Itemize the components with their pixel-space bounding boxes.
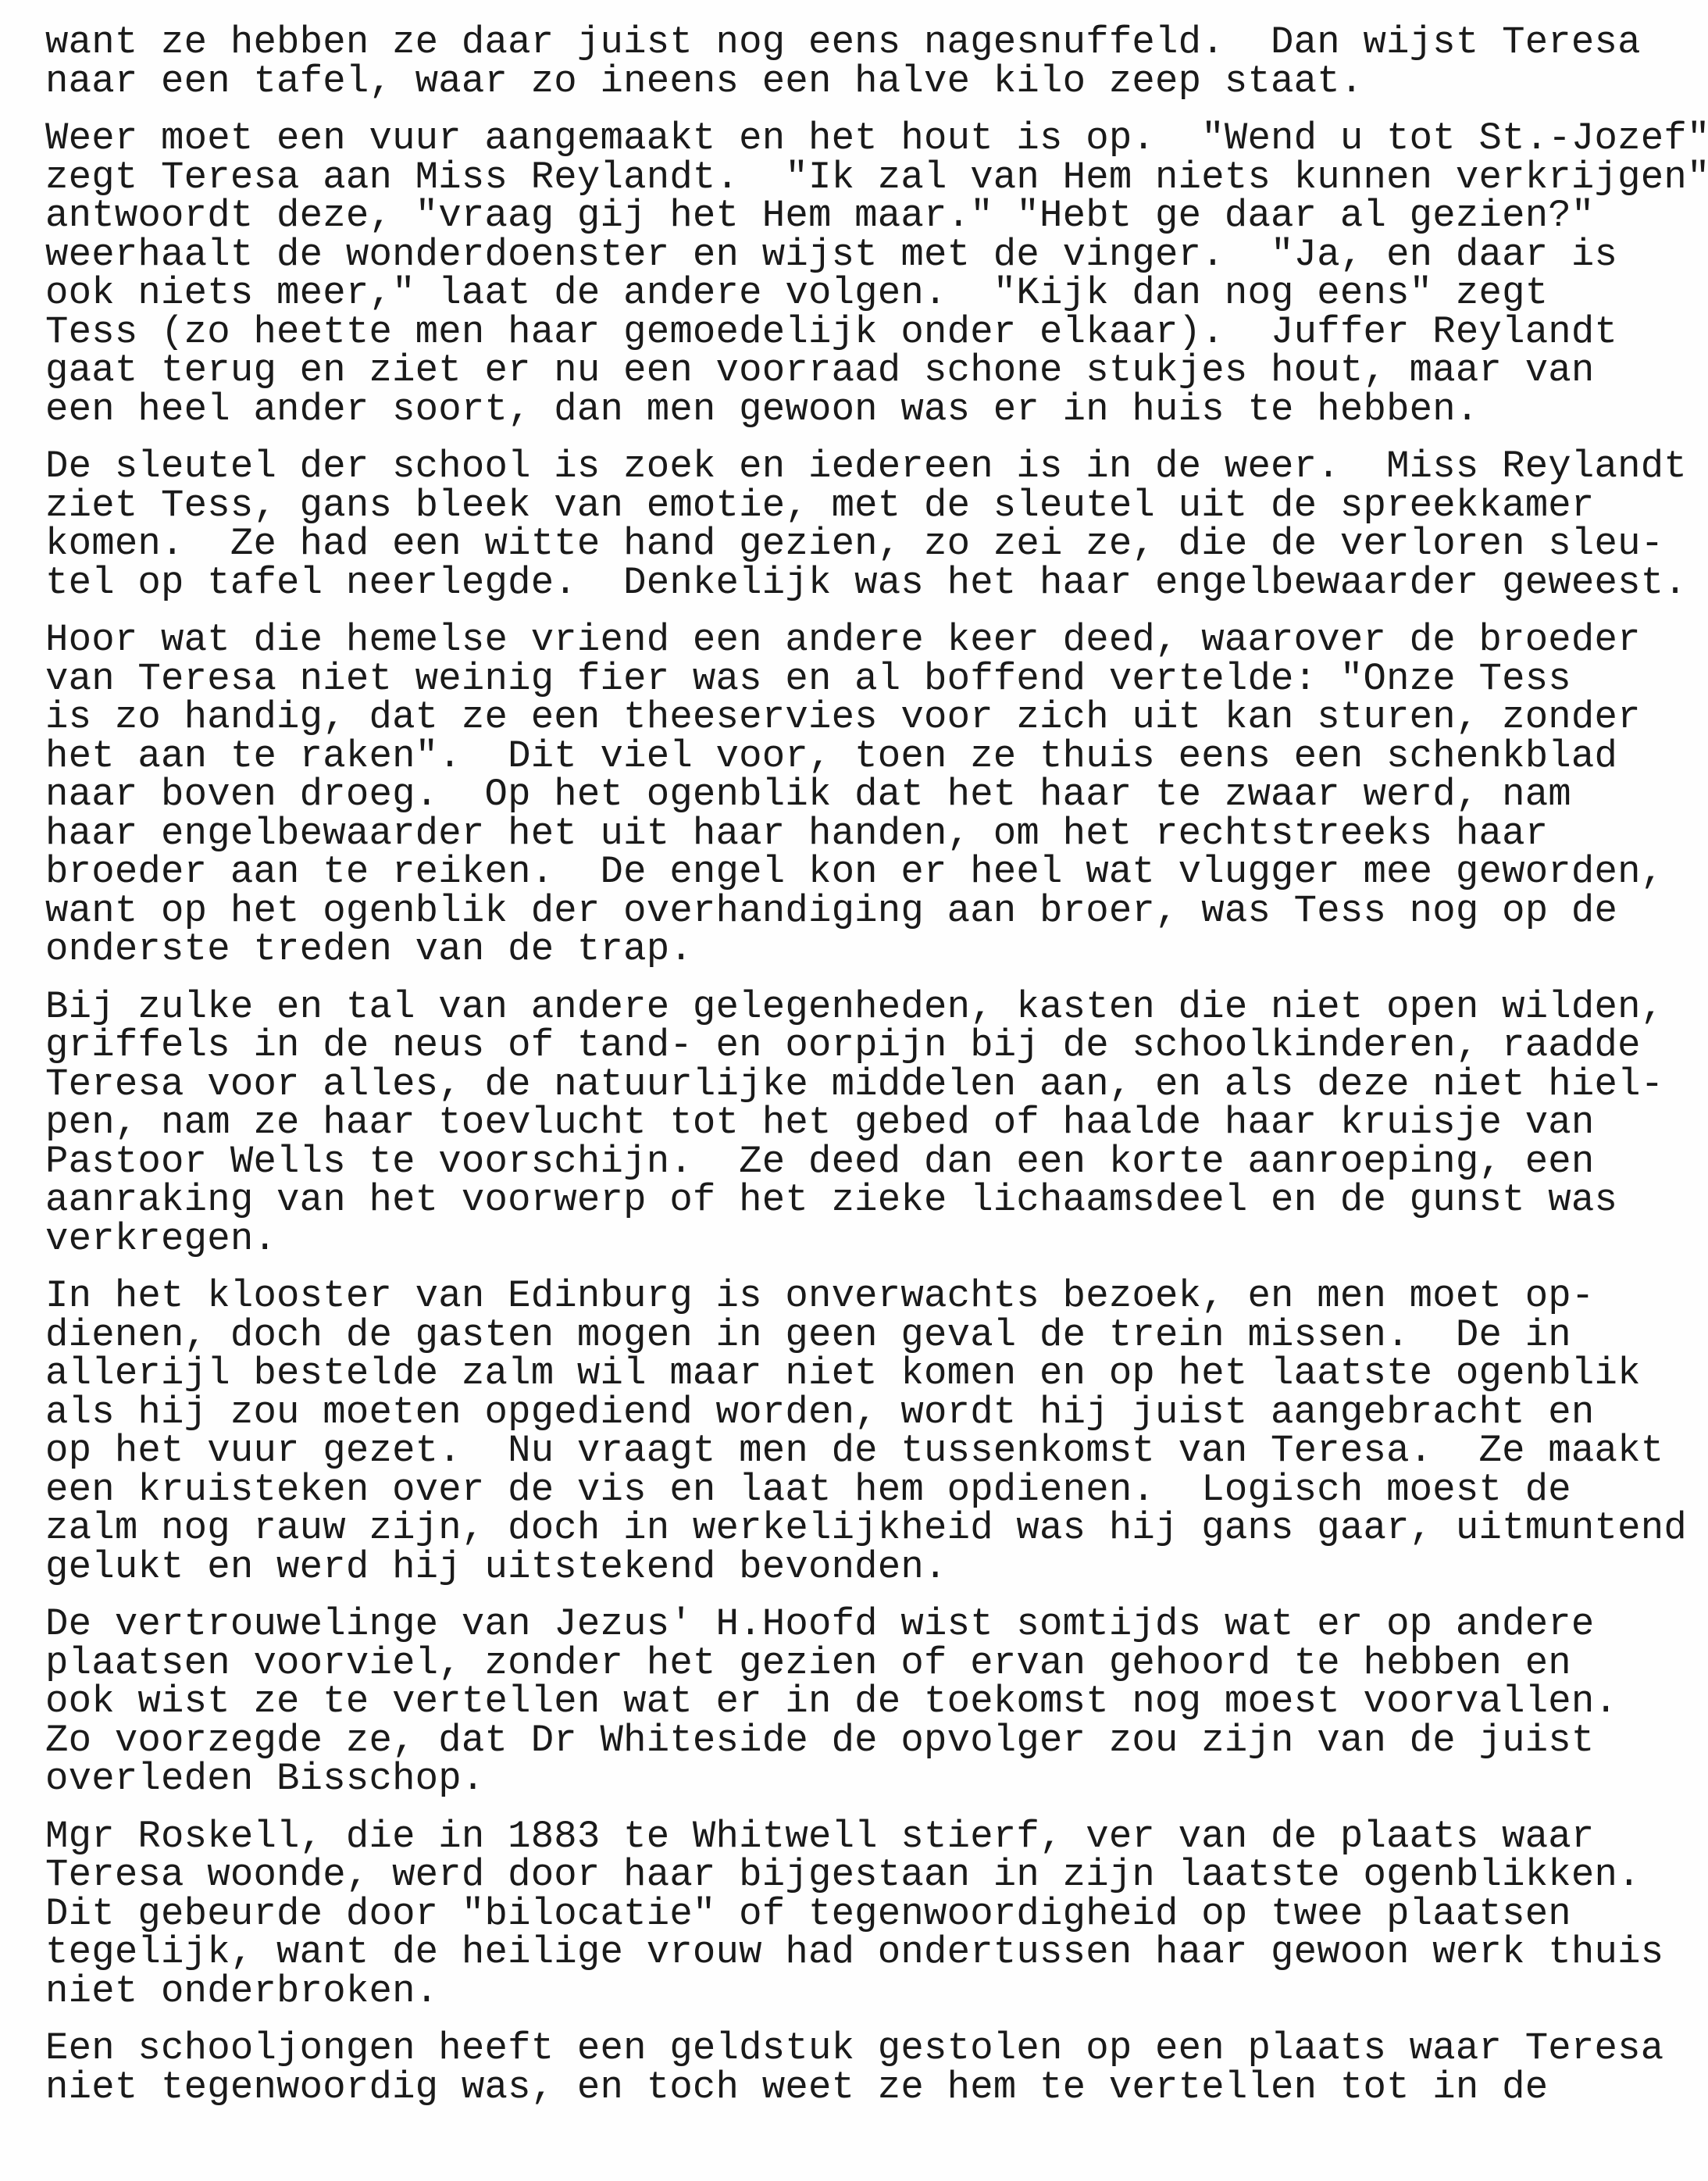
text-line: Een schooljongen heeft een geldstuk gest… bbox=[45, 2029, 1701, 2069]
paragraph-remedies: Bij zulke en tal van andere gelegenheden… bbox=[45, 988, 1701, 1259]
text-line: tel op tafel neerlegde. Denkelijk was he… bbox=[45, 564, 1701, 603]
text-line: Weer moet een vuur aangemaakt en het hou… bbox=[45, 120, 1701, 159]
text-line: is zo handig, dat ze een theeservies voo… bbox=[45, 698, 1701, 737]
text-line: want ze hebben ze daar juist nog eens na… bbox=[45, 23, 1701, 62]
text-line: niet tegenwoordig was, en toch weet ze h… bbox=[45, 2069, 1701, 2108]
text-line: onderste treden van de trap. bbox=[45, 930, 1701, 969]
text-line: zalm nog rauw zijn, doch in werkelijkhei… bbox=[45, 1509, 1701, 1548]
text-line: ziet Tess, gans bleek van emotie, met de… bbox=[45, 487, 1701, 526]
text-line: naar boven droeg. Op het ogenblik dat he… bbox=[45, 776, 1701, 815]
typewritten-page: want ze hebben ze daar juist nog eens na… bbox=[0, 0, 1708, 2181]
text-line: Hoor wat die hemelse vriend een andere k… bbox=[45, 621, 1701, 660]
text-line: niet onderbroken. bbox=[45, 1972, 1701, 2011]
paragraph-key: De sleutel der school is zoek en iederee… bbox=[45, 448, 1701, 602]
text-line: het aan te raken". Dit viel voor, toen z… bbox=[45, 737, 1701, 776]
text-line: naar een tafel, waar zo ineens een halve… bbox=[45, 62, 1701, 102]
text-line: overleden Bisschop. bbox=[45, 1760, 1701, 1799]
text-line: allerijl bestelde zalm wil maar niet kom… bbox=[45, 1355, 1701, 1394]
text-line: gelukt en werd hij uitstekend bevonden. bbox=[45, 1548, 1701, 1587]
text-line: tegelijk, want de heilige vrouw had onde… bbox=[45, 1933, 1701, 1972]
text-line: griffels in de neus of tand- en oorpijn … bbox=[45, 1026, 1701, 1066]
text-line: ook niets meer," laat de andere volgen. … bbox=[45, 274, 1701, 313]
paragraph-schoolboy: Een schooljongen heeft een geldstuk gest… bbox=[45, 2029, 1701, 2107]
text-line: een heel ander soort, dan men gewoon was… bbox=[45, 391, 1701, 430]
text-line: Teresa woonde, werd door haar bijgestaan… bbox=[45, 1856, 1701, 1895]
text-line: Tess (zo heette men haar gemoedelijk ond… bbox=[45, 313, 1701, 352]
text-line: komen. Ze had een witte hand gezien, zo … bbox=[45, 525, 1701, 564]
paragraph-prophecy: De vertrouwelinge van Jezus' H.Hoofd wis… bbox=[45, 1605, 1701, 1799]
body-text: want ze hebben ze daar juist nog eens na… bbox=[45, 23, 1701, 2126]
text-line: verkregen. bbox=[45, 1220, 1701, 1259]
text-line: dienen, doch de gasten mogen in geen gev… bbox=[45, 1316, 1701, 1355]
text-line: als hij zou moeten opgediend worden, wor… bbox=[45, 1394, 1701, 1433]
text-line: van Teresa niet weinig fier was en al bo… bbox=[45, 660, 1701, 699]
text-line: want op het ogenblik der overhandiging a… bbox=[45, 892, 1701, 931]
text-line: Bij zulke en tal van andere gelegenheden… bbox=[45, 988, 1701, 1027]
text-line: Teresa voor alles, de natuurlijke middel… bbox=[45, 1066, 1701, 1105]
text-line: op het vuur gezet. Nu vraagt men de tuss… bbox=[45, 1432, 1701, 1471]
text-line: Mgr Roskell, die in 1883 te Whitwell sti… bbox=[45, 1818, 1701, 1857]
text-line: weerhaalt de wonderdoenster en wijst met… bbox=[45, 236, 1701, 275]
text-line: Pastoor Wells te voorschijn. Ze deed dan… bbox=[45, 1143, 1701, 1182]
text-line: aanraking van het voorwerp of het zieke … bbox=[45, 1181, 1701, 1220]
text-line: ook wist ze te vertellen wat er in de to… bbox=[45, 1683, 1701, 1722]
text-line: Zo voorzegde ze, dat Dr Whiteside de opv… bbox=[45, 1722, 1701, 1761]
text-line: De sleutel der school is zoek en iederee… bbox=[45, 448, 1701, 487]
text-line: Dit gebeurde door "bilocatie" of tegenwo… bbox=[45, 1895, 1701, 1934]
paragraph-firewood: Weer moet een vuur aangemaakt en het hou… bbox=[45, 120, 1701, 429]
text-line: gaat terug en ziet er nu een voorraad sc… bbox=[45, 352, 1701, 391]
paragraph-bilocation: Mgr Roskell, die in 1883 te Whitwell sti… bbox=[45, 1818, 1701, 2011]
paragraph-salmon: In het klooster van Edinburg is onverwac… bbox=[45, 1277, 1701, 1587]
text-line: broeder aan te reiken. De engel kon er h… bbox=[45, 853, 1701, 892]
text-line: plaatsen voorviel, zonder het gezien of … bbox=[45, 1644, 1701, 1683]
text-line: De vertrouwelinge van Jezus' H.Hoofd wis… bbox=[45, 1605, 1701, 1644]
paragraph-soap: want ze hebben ze daar juist nog eens na… bbox=[45, 23, 1701, 101]
text-line: pen, nam ze haar toevlucht tot het gebed… bbox=[45, 1104, 1701, 1143]
text-line: haar engelbewaarder het uit haar handen,… bbox=[45, 815, 1701, 854]
text-line: een kruisteken over de vis en laat hem o… bbox=[45, 1471, 1701, 1510]
paragraph-tea-service: Hoor wat die hemelse vriend een andere k… bbox=[45, 621, 1701, 969]
text-line: antwoordt deze, "vraag gij het Hem maar.… bbox=[45, 197, 1701, 236]
text-line: In het klooster van Edinburg is onverwac… bbox=[45, 1277, 1701, 1316]
text-line: zegt Teresa aan Miss Reylandt. "Ik zal v… bbox=[45, 159, 1701, 198]
